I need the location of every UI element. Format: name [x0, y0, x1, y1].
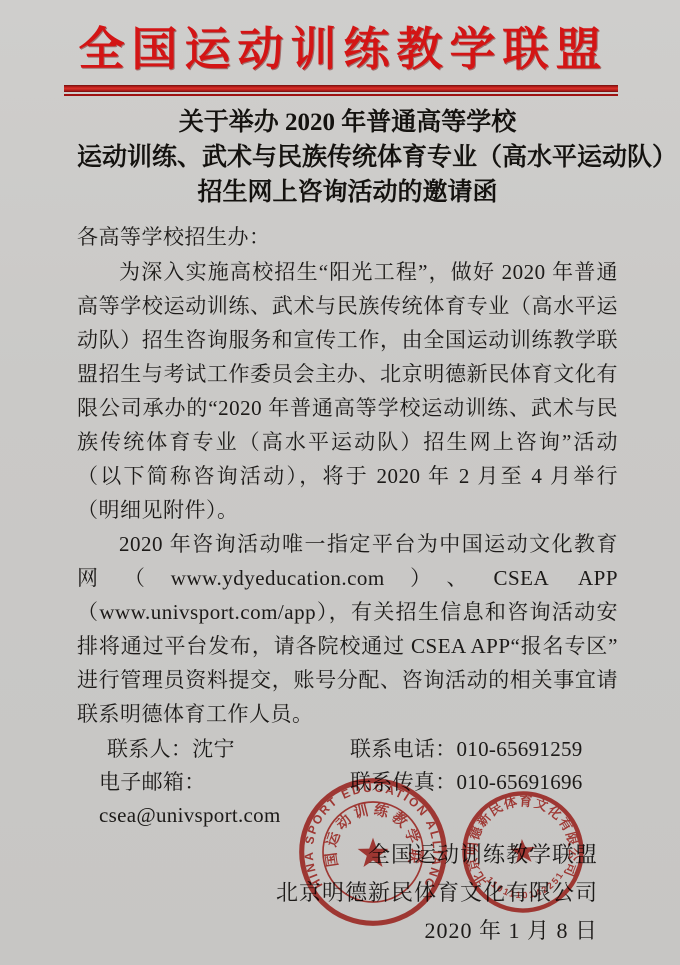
- document-page: 全国运动训练教学联盟 关于举办 2020 年普通高等学校 运动训练、武术与民族传…: [0, 0, 680, 965]
- company-seal-stamp-icon: 北京明德新民体育文化有限公司 1101110142251: [460, 790, 586, 914]
- document-title-line-1: 关于举办 2020 年普通高等学校: [77, 105, 618, 140]
- body-paragraph-1: 为深入实施高校招生“阳光工程”，做好 2020 年普通高等学校运动训练、武术与民…: [77, 255, 618, 527]
- document-title-line-2: 运动训练、武术与民族传统体育专业（高水平运动队）: [77, 140, 618, 175]
- letterhead-rule: [64, 85, 618, 96]
- stamp-left-ring-text: CHINA SPORT EDUCATION ALLIANCE: [298, 775, 444, 892]
- salutation: 各高等学校招生办：: [77, 219, 618, 255]
- body-paragraph-2: 2020 年咨询活动唯一指定平台为中国运动文化教育网（www.ydyeducat…: [77, 527, 618, 731]
- rule-thin-line: [64, 94, 618, 96]
- letterhead-org-title: 全国运动训练教学联盟: [69, 22, 618, 78]
- stamp-left-star-icon: [358, 838, 389, 867]
- alliance-seal-stamp-icon: CHINA SPORT EDUCATION ALLIANCE 全国运动训练教学联…: [298, 775, 448, 929]
- svg-text:CHINA SPORT EDUCATION ALLIANCE: CHINA SPORT EDUCATION ALLIANCE: [298, 775, 444, 892]
- document-title-line-3: 招生网上咨询活动的邀请函: [77, 175, 618, 210]
- contact-row-1: 联系人：沈宁 联系电话：010-65691259: [77, 733, 618, 766]
- contact-phone: 联系电话：010-65691259: [350, 733, 583, 766]
- document-title: 关于举办 2020 年普通高等学校 运动训练、武术与民族传统体育专业（高水平运动…: [77, 105, 618, 210]
- stamp-right-star-icon: [509, 838, 536, 864]
- contact-person: 联系人：沈宁: [77, 733, 350, 766]
- rule-thick-line: [64, 85, 618, 92]
